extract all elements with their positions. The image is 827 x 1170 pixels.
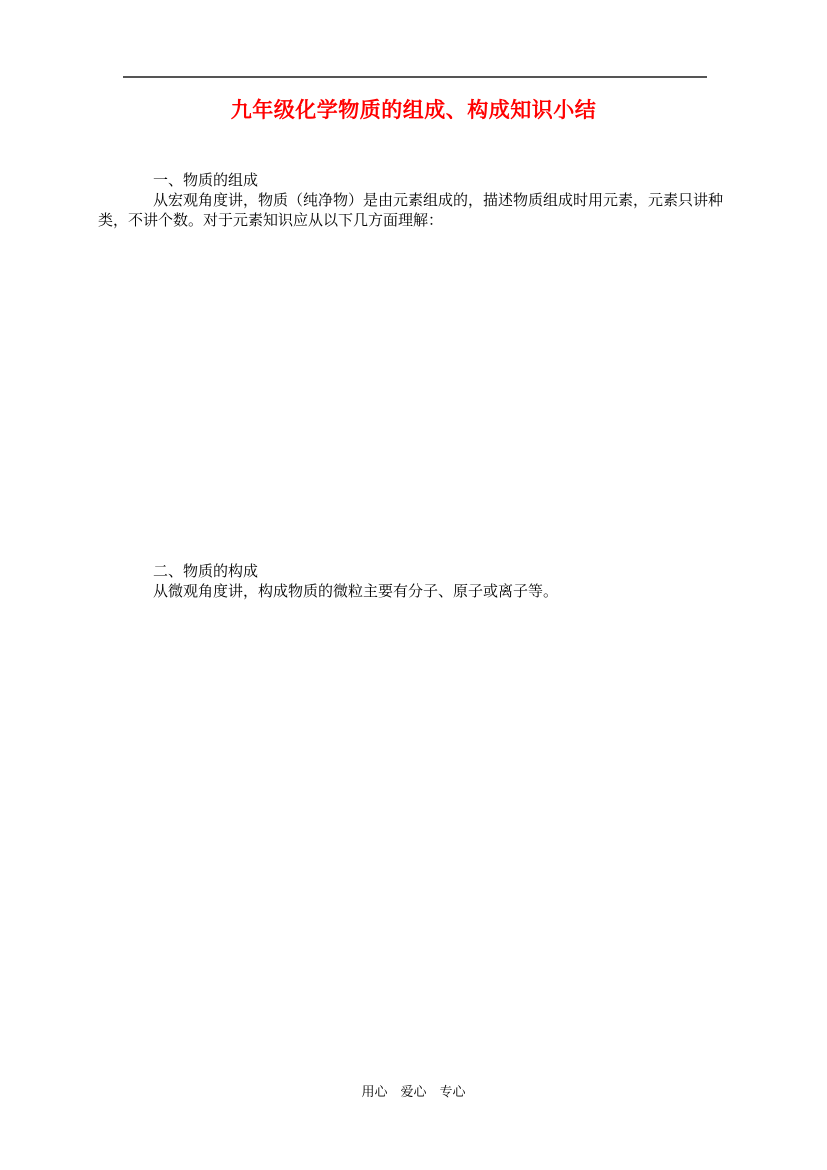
footer-motto-item: 爱心 xyxy=(400,1085,426,1101)
footer-motto-item: 用心 xyxy=(361,1085,387,1101)
section-structure: 二、物质的构成 从微观角度讲，构成物质的微粒主要有分子、原子或离子等。 xyxy=(98,561,724,601)
paragraph-line: 从宏观角度讲，物质（纯净物）是由元素组成的，描述物质组成时用元素，元素只讲种 xyxy=(98,190,724,210)
paragraph-line: 从微观角度讲，构成物质的微粒主要有分子、原子或离子等。 xyxy=(98,581,724,601)
page-title: 九年级化学物质的组成、构成知识小结 xyxy=(0,97,827,123)
paragraph-line: 类，不讲个数。对于元素知识应从以下几方面理解： xyxy=(98,210,724,230)
page-footer: 用心 爱心 专心 xyxy=(0,1085,827,1101)
section-heading: 二、物质的构成 xyxy=(98,561,724,581)
header-rule-divider xyxy=(123,76,707,78)
section-composition: 一、物质的组成 从宏观角度讲，物质（纯净物）是由元素组成的，描述物质组成时用元素… xyxy=(98,170,724,230)
section-heading: 一、物质的组成 xyxy=(98,170,724,190)
document-page: 九年级化学物质的组成、构成知识小结 一、物质的组成 从宏观角度讲，物质（纯净物）… xyxy=(0,0,827,1170)
footer-motto-item: 专心 xyxy=(440,1085,466,1101)
